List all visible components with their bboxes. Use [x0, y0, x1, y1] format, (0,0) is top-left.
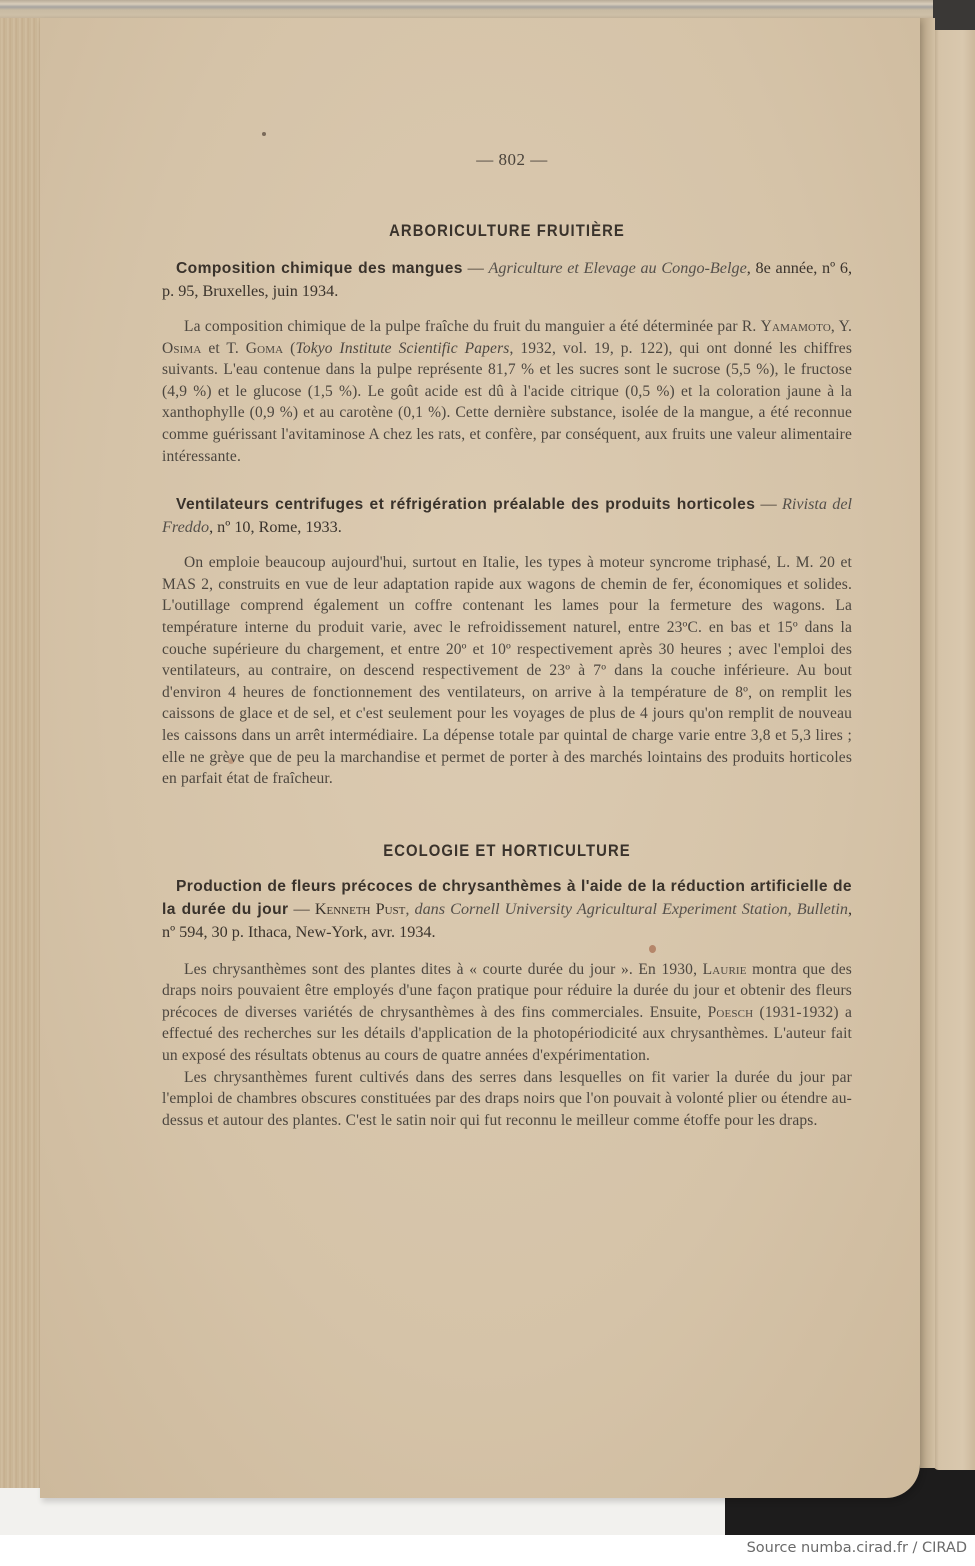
text-run: Les chrysanthèmes sont des plantes dites… [184, 961, 703, 978]
text-run: ( [283, 340, 295, 357]
author-name: Yamamoto [761, 318, 831, 335]
entry-heading-mangues: Composition chimique des mangues — Agric… [162, 257, 852, 302]
author-name: Goma [246, 340, 283, 357]
text-run: La composition chimique de la pulpe fraî… [184, 318, 761, 335]
author-name: Poesch [708, 1004, 754, 1021]
journal-name: Tokyo Institute Scientific Papers [295, 340, 509, 357]
entry-title: Composition chimique des mangues [176, 260, 463, 277]
source-credit: Source numba.cirad.fr / CIRAD [747, 1540, 967, 1556]
section-title-arboriculture: ARBORICULTURE FRUITIÈRE [197, 222, 818, 241]
paragraph-mangues: La composition chimique de la pulpe fraî… [162, 316, 852, 467]
paragraph-chrysanthemes-1: Les chrysanthèmes sont des plantes dites… [162, 959, 852, 1067]
text-run: et T. [201, 340, 245, 357]
right-page-stack [933, 0, 975, 1470]
entry-heading-ventilateurs: Ventilateurs centrifuges et réfrigératio… [162, 493, 852, 538]
entry-heading-chrysanthemes: Production de fleurs précoces de chrysan… [162, 875, 852, 943]
entry-source-details: , nº 10, Rome, 1933. [209, 518, 342, 536]
left-page-stack [0, 18, 44, 1488]
scanned-page-photo: — 802 — ARBORICULTURE FRUITIÈRE Composit… [0, 0, 975, 1535]
dash: — [288, 900, 314, 918]
text-run: , 1932, vol. 19, p. 122), qui ont donné … [162, 340, 852, 465]
paragraph-chrysanthemes-2: Les chrysanthèmes furent cultivés dans d… [162, 1067, 852, 1132]
text-run: , Y. [831, 318, 852, 335]
paper-speck [262, 132, 266, 136]
dash: — [755, 495, 782, 513]
entry-title: Ventilateurs centrifuges et réfrigératio… [176, 496, 755, 513]
entry-source-journal: , dans Cornell University Agricultural E… [405, 900, 848, 918]
page-content: — 802 — ARBORICULTURE FRUITIÈRE Composit… [162, 150, 852, 1131]
page-number: — 802 — [172, 150, 852, 170]
page-fold-shadow [920, 18, 935, 1468]
right-cover-corner [933, 0, 975, 30]
dash: — [463, 259, 489, 277]
entry-source-journal: Agriculture et Elevage au Congo-Belge [488, 259, 746, 277]
entry-author: Kenneth Pust [315, 900, 406, 918]
paragraph-ventilateurs: On emploie beaucoup aujourd'hui, surtout… [162, 552, 852, 790]
author-name: Laurie [703, 961, 747, 978]
section-title-ecologie: ECOLOGIE ET HORTICULTURE [197, 842, 818, 861]
author-name: Osima [162, 340, 201, 357]
